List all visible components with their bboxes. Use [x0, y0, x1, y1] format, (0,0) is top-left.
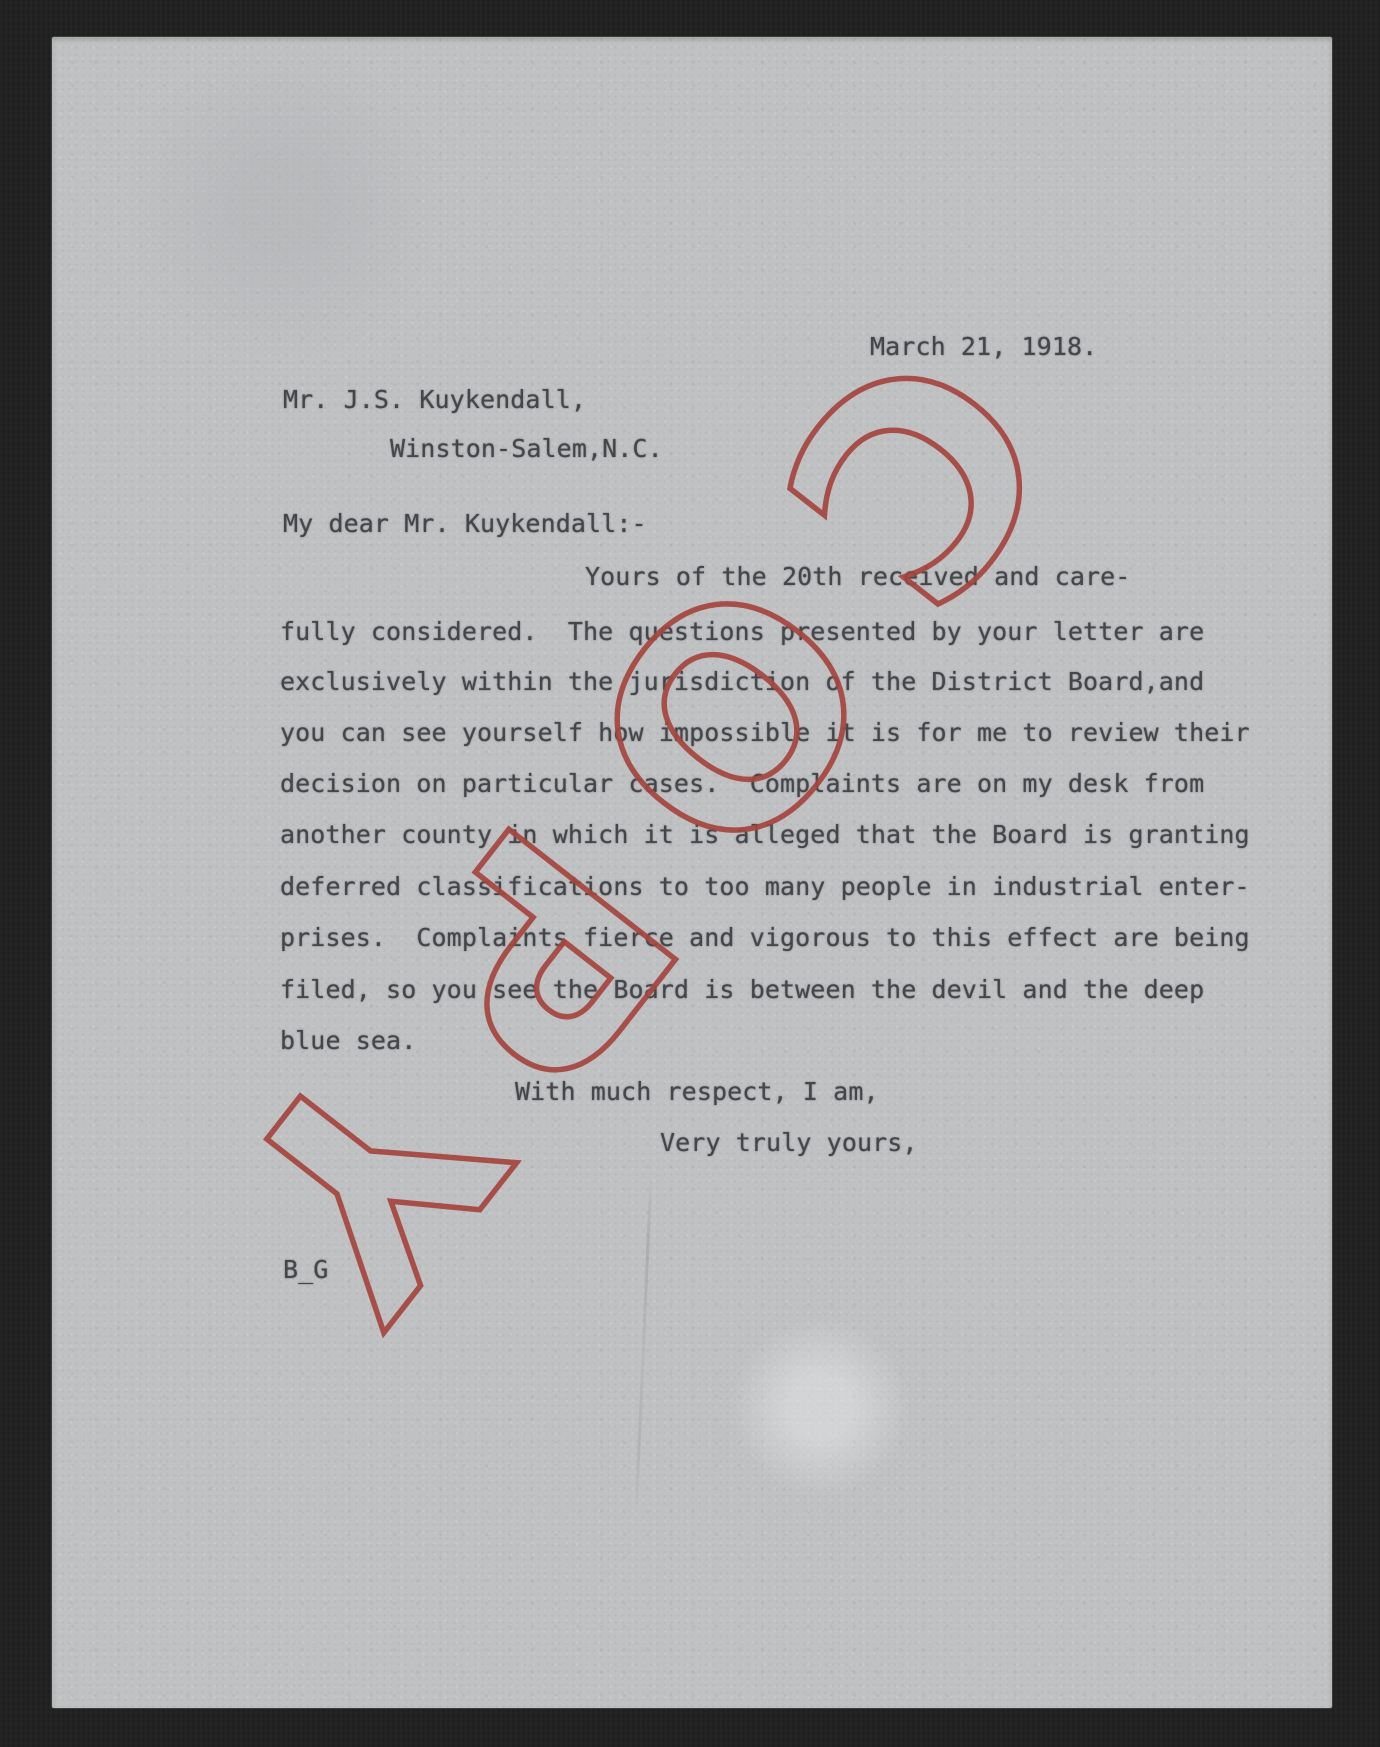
body-line: fully considered. The questions presente… — [280, 617, 1204, 647]
closing-yours: Very truly yours, — [660, 1128, 918, 1158]
salutation: My dear Mr. Kuykendall:- — [283, 509, 647, 539]
body-line: prises. Complaints fierce and vigorous t… — [280, 923, 1250, 953]
body-line: blue sea. — [280, 1026, 416, 1056]
recipient-address: Winston-Salem,N.C. — [390, 434, 663, 464]
body-line: you can see yourself how impossible it i… — [280, 718, 1250, 748]
letter-date: March 21, 1918. — [870, 332, 1097, 362]
body-line: filed, so you see the Board is between t… — [280, 975, 1204, 1005]
photo-background: March 21, 1918. Mr. J.S. Kuykendall, Win… — [0, 0, 1380, 1747]
recipient-name: Mr. J.S. Kuykendall, — [283, 385, 586, 415]
body-line: deferred classifications to too many peo… — [280, 872, 1250, 902]
body-line: decision on particular cases. Complaints… — [280, 769, 1204, 799]
body-line: another county in which it is alleged th… — [280, 820, 1250, 850]
typist-initials: B_G — [283, 1255, 328, 1285]
body-line: Yours of the 20th received and care- — [585, 562, 1130, 592]
body-line: exclusively within the jurisdiction of t… — [280, 667, 1204, 697]
closing-respect: With much respect, I am, — [515, 1077, 879, 1107]
